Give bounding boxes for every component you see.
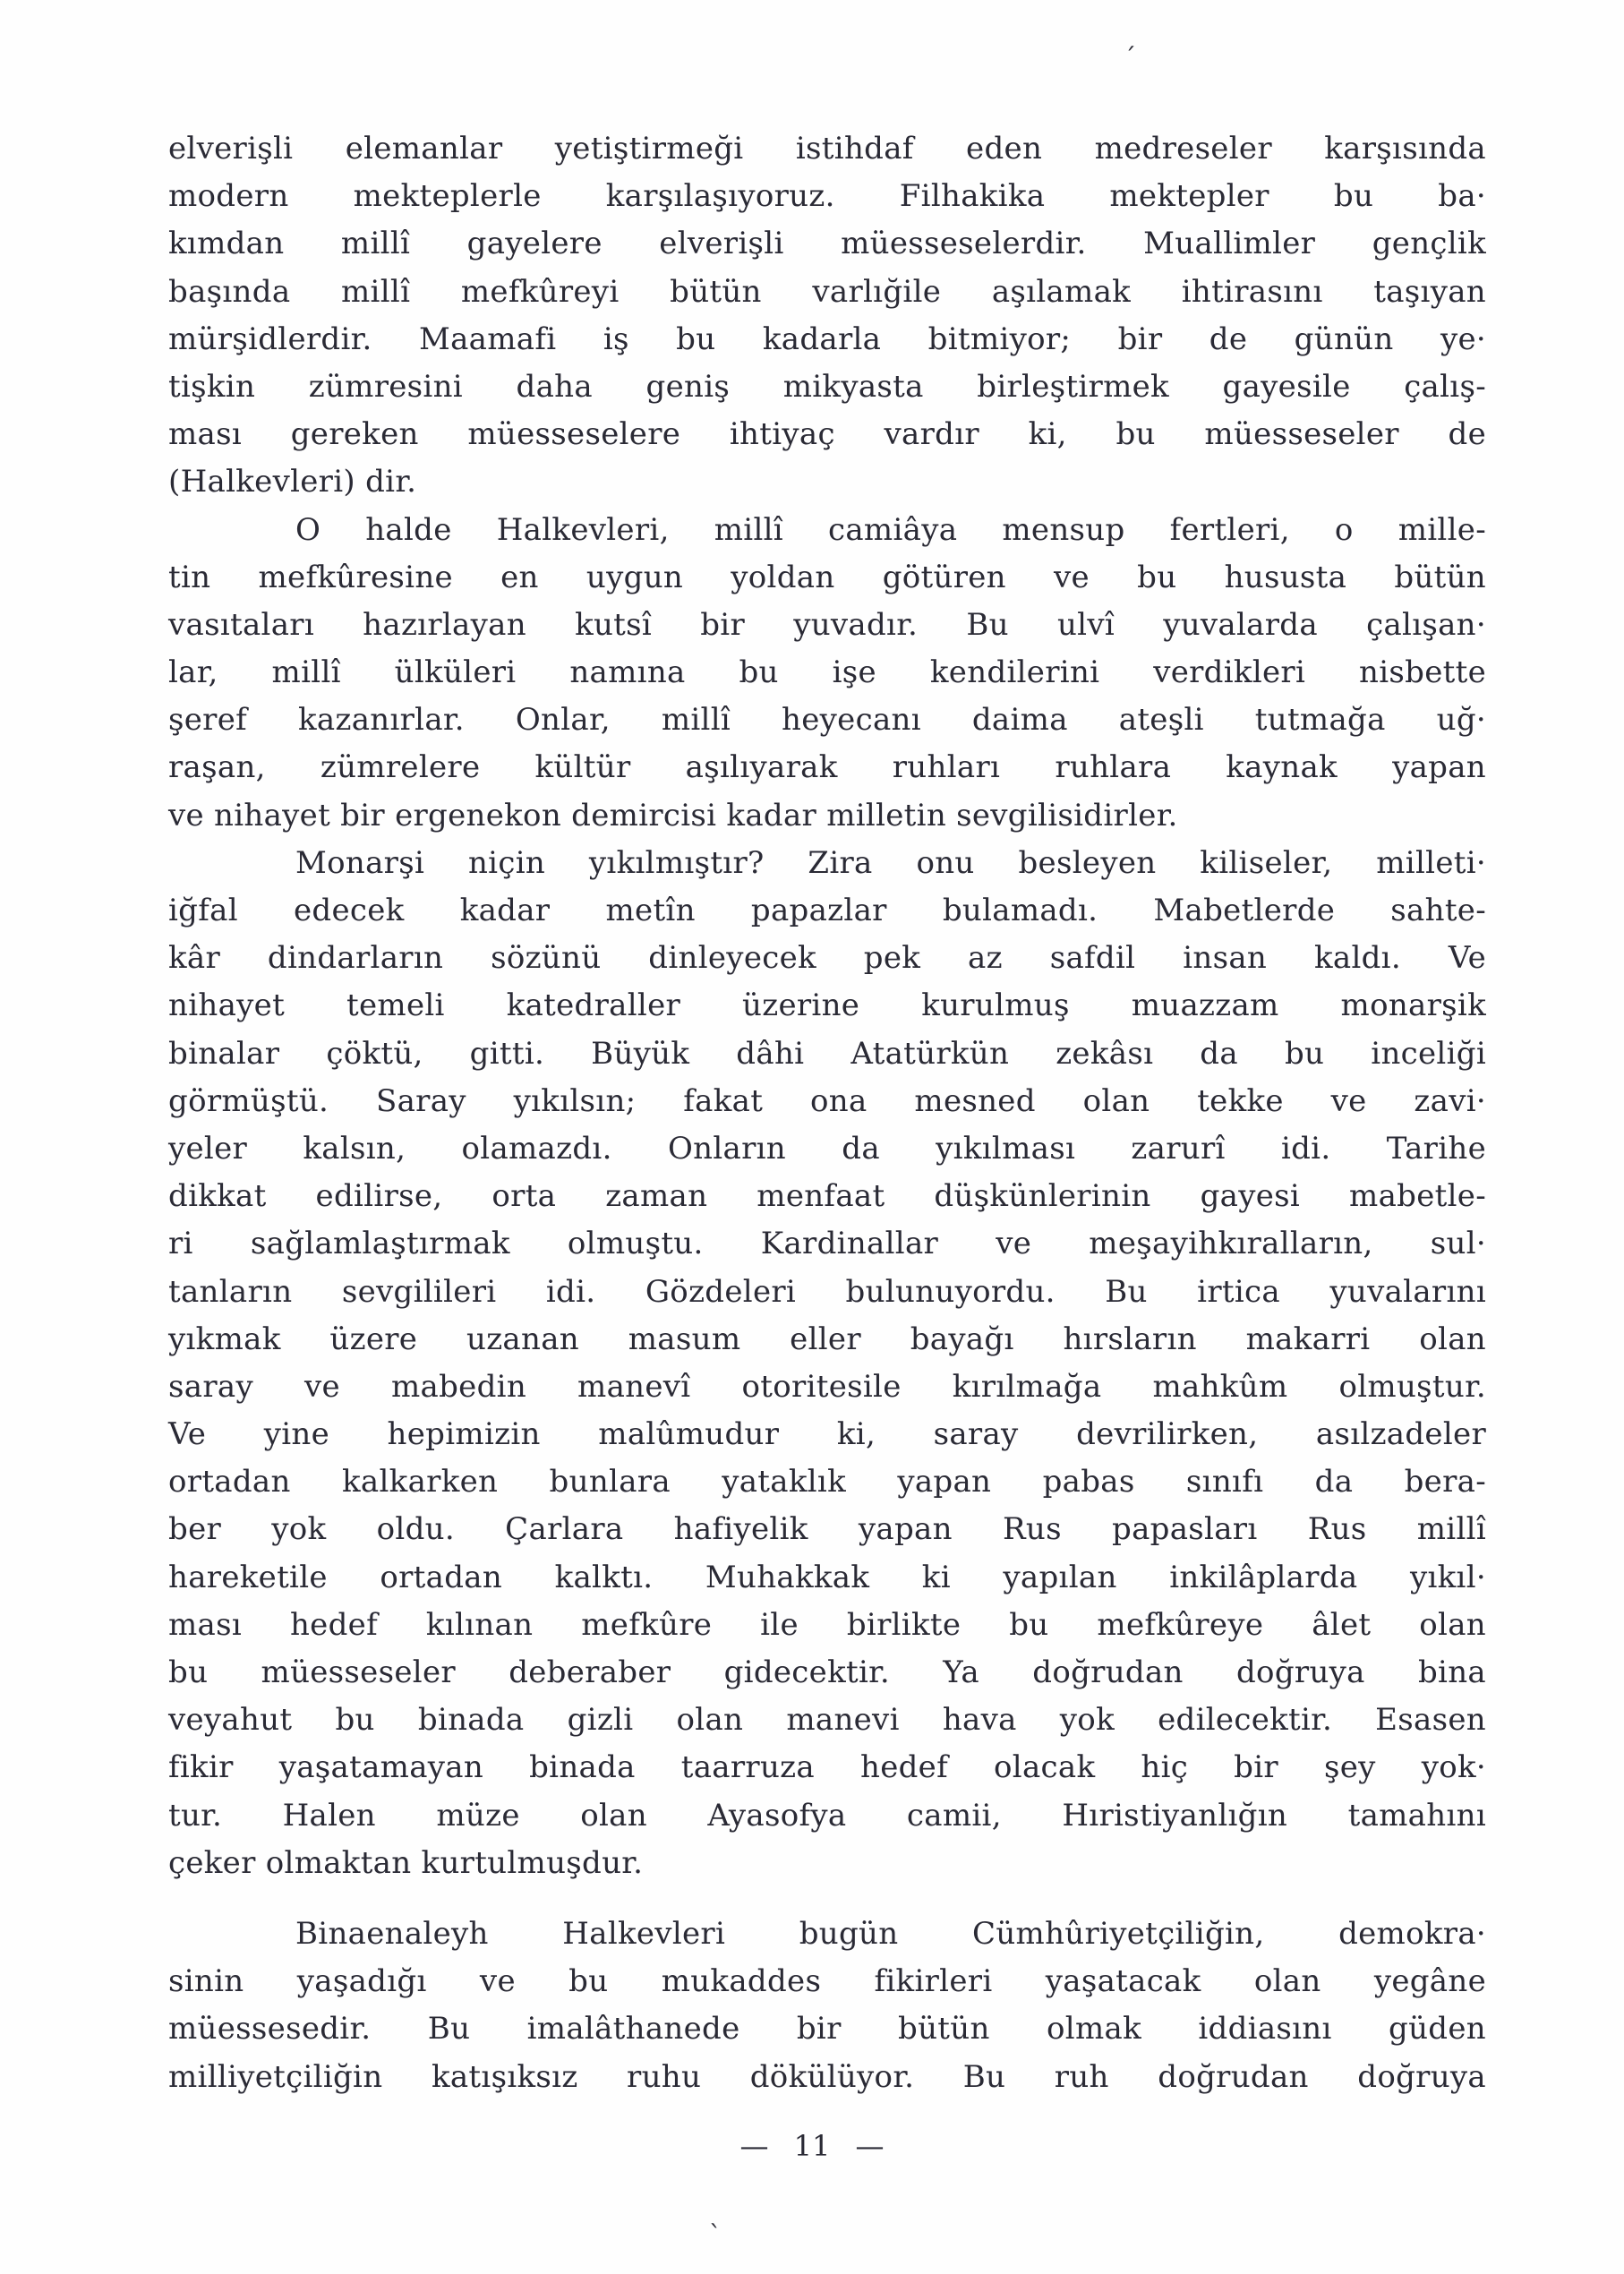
text-line: binalar çöktü, gitti. Büyük dâhi Atatürk… [168,1030,1486,1078]
text-line: tişkin zümresini daha geniş mikyasta bir… [168,363,1486,411]
text-line: ri sağlamlaştırmak olmuştu. Kardinallar … [168,1220,1486,1268]
text-line: (Halkevleri) dir. [168,458,1486,506]
text-line: modern mekteplerle karşılaşıyoruz. Filha… [168,173,1486,220]
text-line: tin mefkûresine en uygun yoldan götüren … [168,554,1486,602]
text-line: nihayet temeli katedraller üzerine kurul… [168,982,1486,1030]
text-line: tur. Halen müze olan Ayasofya camii, Hır… [168,1792,1486,1840]
paragraph-1: elverişli elemanlar yetiştirmeği istihda… [168,125,1486,507]
text-line: bu müesseseler deberaber gidecektir. Ya … [168,1649,1486,1697]
paragraph-2: O halde Halkevleri, millî camiâya mensup… [168,507,1486,840]
text-line: müessesedir. Bu imalâthanede bir bütün o… [168,2005,1486,2053]
text-line: Ve yine hepimizin malûmudur ki, saray de… [168,1411,1486,1458]
paragraph-4: Binaenaleyh Halkevleri bugün Cümhûriyetç… [168,1911,1486,2101]
text-line: çeker olmaktan kurtulmuşdur. [168,1840,1486,1887]
text-line: görmüştü. Saray yıkılsın; fakat ona mesn… [168,1078,1486,1125]
text-line: mürşidlerdir. Maamafi iş bu kadarla bitm… [168,316,1486,363]
text-line: O halde Halkevleri, millî camiâya mensup… [168,507,1486,554]
text-line: milliyetçiliğin katışıksız ruhu dökülüyo… [168,2054,1486,2101]
text-line: ortadan kalkarken bunlara yataklık yapan… [168,1458,1486,1506]
text-line: kâr dindarların sözünü dinleyecek pek az… [168,935,1486,982]
text-line: ve nihayet bir ergenekon demircisi kadar… [168,792,1486,840]
text-line: kımdan millî gayelere elverişli müessese… [168,220,1486,268]
text-line: saray ve mabedin manevî otoritesile kırı… [168,1364,1486,1411]
scan-mark-top: ˊ [1124,43,1136,73]
text-line: raşan, zümrelere kültür aşılıyarak ruhla… [168,744,1486,791]
text-line: ber yok oldu. Çarlara hafiyelik yapan Ru… [168,1506,1486,1553]
text-line: iğfal edecek kadar metîn papazlar bulama… [168,887,1486,935]
text-line: tanların sevgilileri idi. Gözdeleri bulu… [168,1269,1486,1316]
page-number: — 11 — [0,2129,1624,2163]
text-line: lar, millî ülküleri namına bu işe kendil… [168,649,1486,697]
text-line: dikkat edilirse, orta zaman menfaat düşk… [168,1173,1486,1220]
text-line: sinin yaşadığı ve bu mukaddes fikirleri … [168,1958,1486,2005]
scanned-page: ˊ elverişli elemanlar yetiştirmeği istih… [0,0,1624,2274]
paragraph-spacer [168,1887,1486,1911]
text-line: başında millî mefkûreyi bütün varlığile … [168,269,1486,316]
text-line: vasıtaları hazırlayan kutsî bir yuvadır.… [168,602,1486,649]
paragraph-3: Monarşi niçin yıkılmıştır? Zira onu besl… [168,840,1486,1887]
text-line: Monarşi niçin yıkılmıştır? Zira onu besl… [168,840,1486,887]
text-line: şeref kazanırlar. Onlar, millî heyecanı … [168,697,1486,744]
text-line: yeler kalsın, olamazdı. Onların da yıkıl… [168,1125,1486,1173]
text-line: yıkmak üzere uzanan masum eller bayağı h… [168,1316,1486,1364]
text-line: ması gereken müesseselere ihtiyaç vardır… [168,411,1486,458]
text-line: ması hedef kılınan mefkûre ile birlikte … [168,1602,1486,1649]
text-line: elverişli elemanlar yetiştirmeği istihda… [168,125,1486,173]
scan-mark-bottom: ˋ [709,2220,722,2250]
text-line: hareketile ortadan kalktı. Muhakkak ki y… [168,1554,1486,1602]
text-line: Binaenaleyh Halkevleri bugün Cümhûriyetç… [168,1911,1486,1958]
body-text: elverişli elemanlar yetiştirmeği istihda… [168,125,1486,2101]
text-line: fikir yaşatamayan binada taarruza hedef … [168,1744,1486,1791]
text-line: veyahut bu binada gizli olan manevi hava… [168,1697,1486,1744]
